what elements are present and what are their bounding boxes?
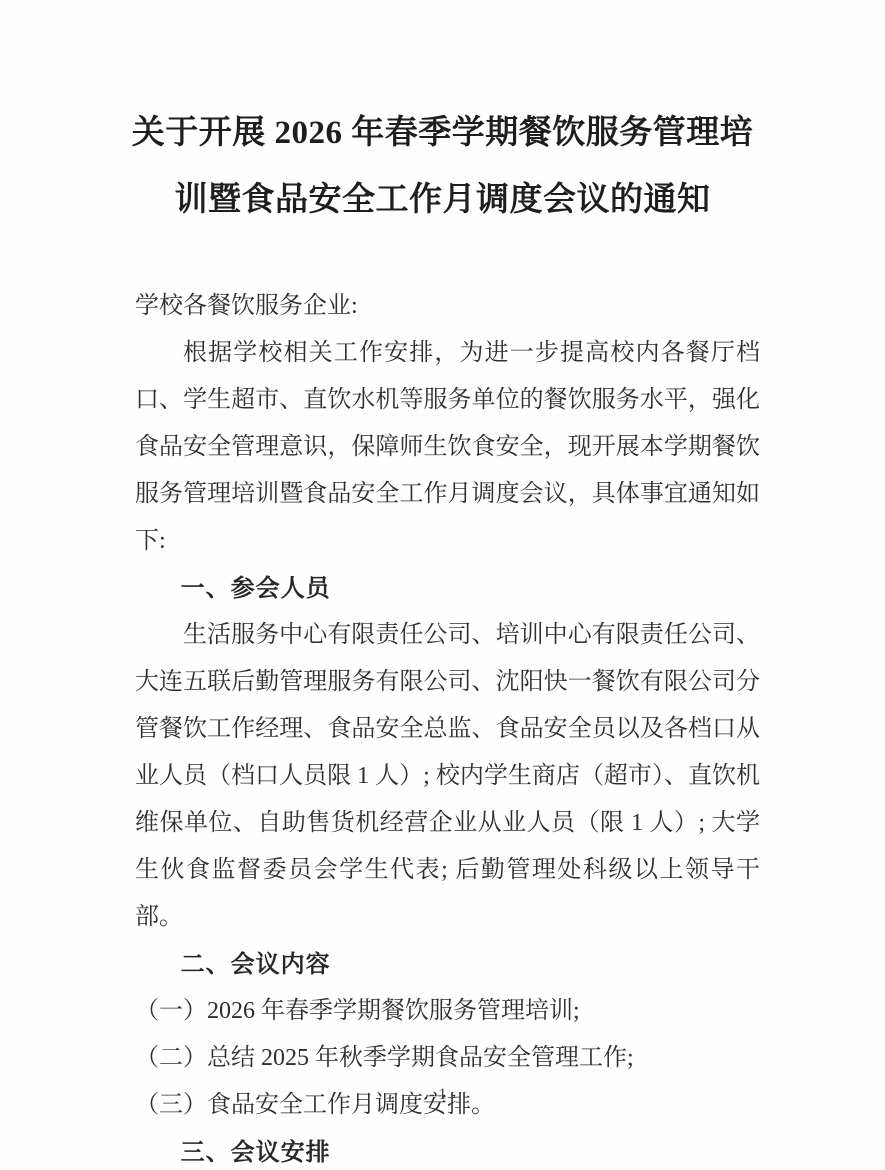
meeting-content-item-2: （二）总结 2025 年秋季学期食品安全管理工作; — [135, 1035, 760, 1082]
participants-paragraph: 生活服务中心有限责任公司、培训中心有限责任公司、大连五联后勤管理服务有限公司、沈… — [135, 612, 760, 941]
page-number: - 1 - — [0, 1086, 885, 1104]
document-title-line2: 训暨食品安全工作月调度会议的通知 — [115, 167, 770, 234]
document-body: 学校各餐饮服务企业: 根据学校相关工作安排，为进一步提高校内各餐厅档口、学生超市… — [135, 283, 760, 1170]
document-title: 关于开展 2026 年春季学期餐饮服务管理培 训暨食品安全工作月调度会议的通知 — [115, 100, 770, 234]
section-heading-meeting-content: 二、会议内容 — [135, 941, 760, 988]
intro-paragraph: 根据学校相关工作安排，为进一步提高校内各餐厅档口、学生超市、直饮水机等服务单位的… — [135, 330, 760, 565]
meeting-content-item-1: （一）2026 年春季学期餐饮服务管理培训; — [135, 988, 760, 1035]
document-page: 关于开展 2026 年春季学期餐饮服务管理培 训暨食品安全工作月调度会议的通知 … — [0, 0, 885, 1170]
section-heading-participants: 一、参会人员 — [135, 565, 760, 612]
salutation: 学校各餐饮服务企业: — [135, 283, 760, 330]
document-title-line1: 关于开展 2026 年春季学期餐饮服务管理培 — [115, 100, 770, 167]
section-heading-meeting-schedule: 三、会议安排 — [135, 1129, 760, 1170]
